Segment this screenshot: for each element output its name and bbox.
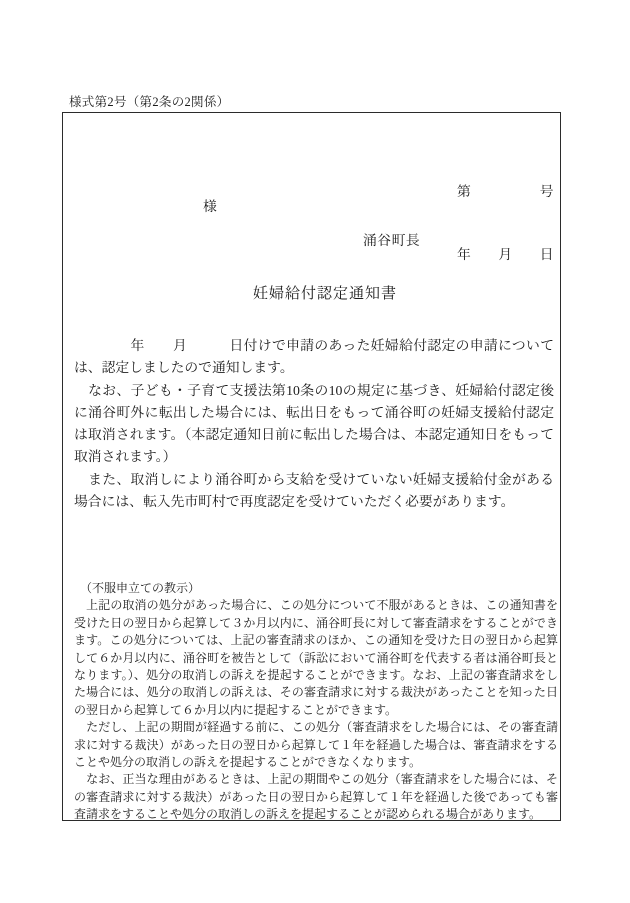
appeal-paragraph-justifiable-reason: なお、正当な理由があるときは、上記の期間やこの処分（審査請求をした場合には、その… [74, 771, 558, 823]
document-page: 様式第2号（第2条の2関係） 第 号 年 月 日 様 涌谷町長 妊婦給付認定通知… [0, 0, 630, 903]
appeal-paragraph-review-request: 上記の取消の処分があった場合に、この処分について不服があるときは、この通知書を受… [74, 597, 558, 719]
doc-number-block: 第 号 年 月 日 [457, 139, 554, 307]
appeal-notice: （不服申立ての教示） 上記の取消の処分があった場合に、この処分について不服がある… [74, 580, 558, 824]
appeal-heading: （不服申立ての教示） [74, 580, 558, 597]
document-title: 妊婦給付認定通知書 [253, 282, 397, 303]
form-style-number: 様式第2号（第2条の2関係） [69, 92, 229, 110]
addressee-honorific: 様 [203, 195, 217, 215]
notice-form-box: 第 号 年 月 日 様 涌谷町長 妊婦給付認定通知書 年 月 日付けで申請のあっ… [62, 112, 561, 821]
body-paragraph-recertification: また、取消しにより涌谷町から支給を受けていない妊婦支援給付金がある場合には、転入… [74, 469, 554, 514]
body-paragraph-application: 年 月 日付けで申請のあった妊婦給付認定の申請については、認定しましたので通知し… [74, 335, 554, 380]
doc-number-line: 第 号 [457, 181, 554, 202]
sender-title: 涌谷町長 [363, 229, 420, 249]
appeal-paragraph-time-limit: ただし、上記の期間が経過する前に、この処分（審査請求をした場合には、その審査請求… [74, 719, 558, 771]
date-line: 年 月 日 [457, 244, 554, 265]
notice-body: 年 月 日付けで申請のあった妊婦給付認定の申請については、認定しましたので通知し… [74, 335, 554, 513]
body-paragraph-cancellation: なお、子ども・子育て支援法第10条の10の規定に基づき、妊婦給付認定後に涌谷町外… [74, 380, 554, 469]
